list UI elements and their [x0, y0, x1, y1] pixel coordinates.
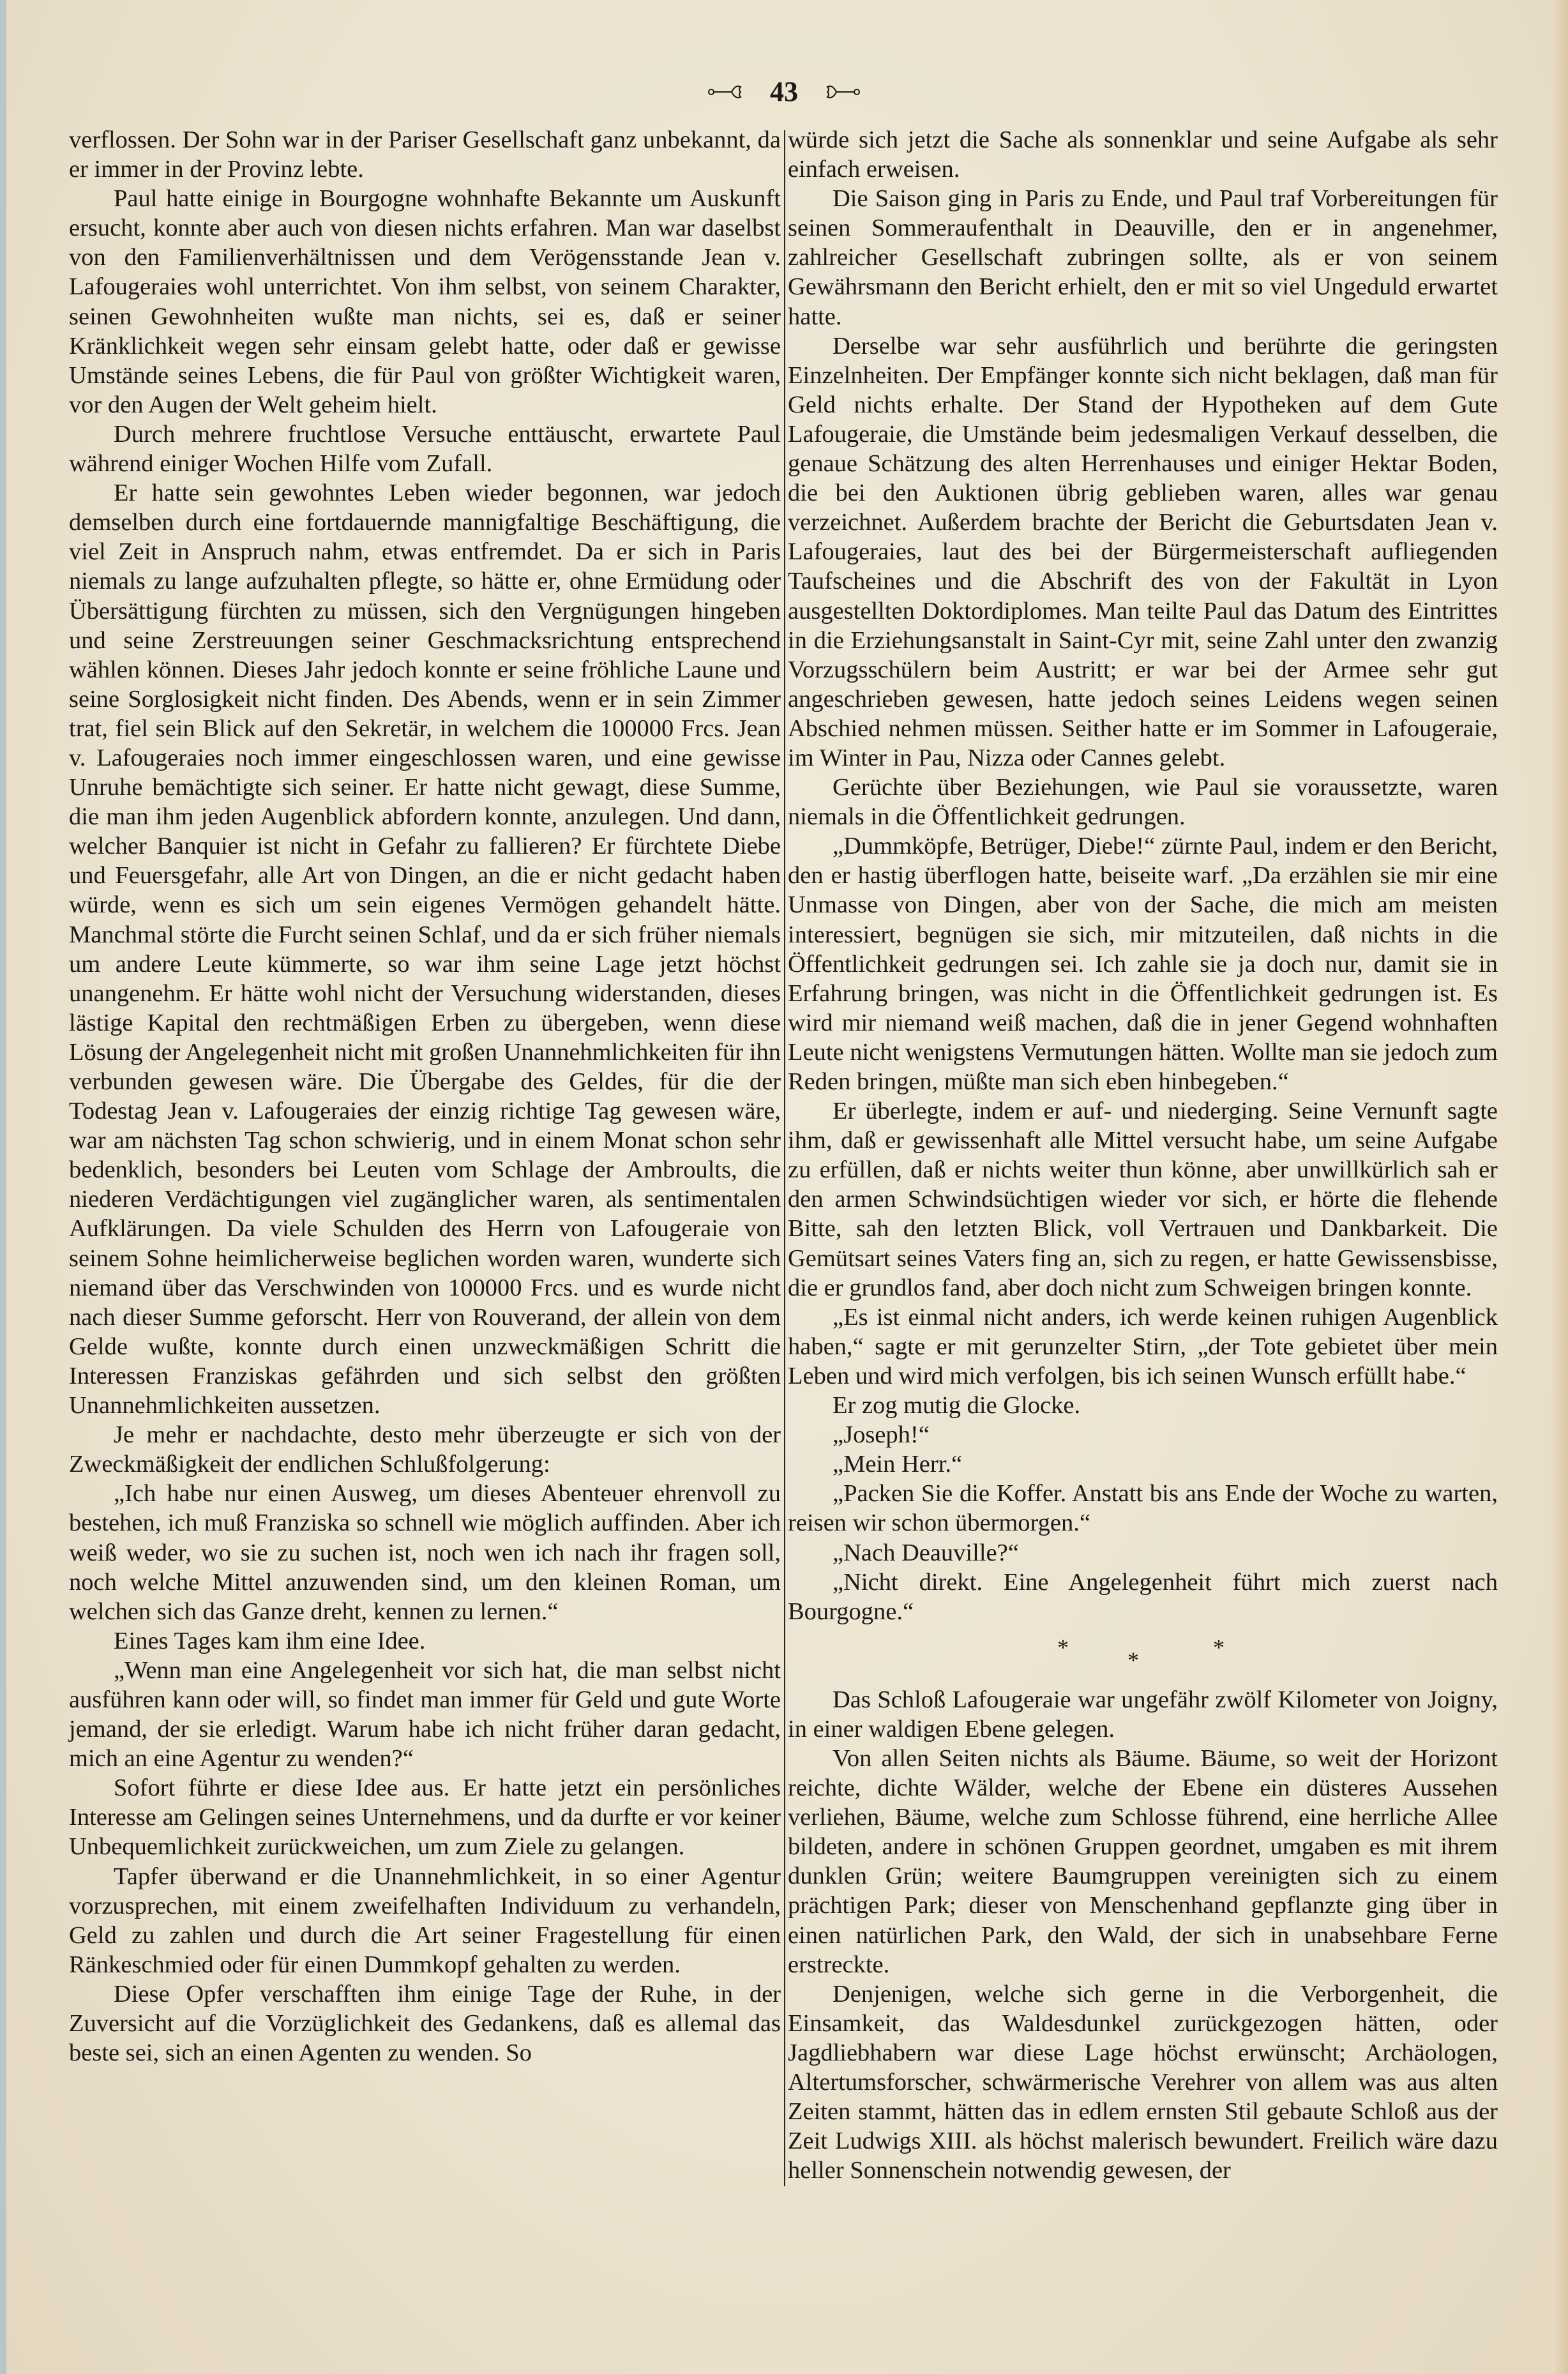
paragraph: Er zog mutig die Glocke.: [788, 1391, 1498, 1420]
column-divider: [784, 130, 785, 2186]
paragraph: Paul hatte einige in Bourgogne wohnhafte…: [69, 184, 781, 420]
page-scan: 43 verflossen. Der Sohn war in der Paris…: [0, 0, 1568, 2374]
page-edge-right: [1551, 0, 1568, 2374]
paragraph: Denjenigen, welche sich gerne in die Ver…: [788, 1979, 1498, 2186]
paragraph: Er hatte sein gewohntes Leben wieder beg…: [69, 478, 781, 1420]
paragraph: Das Schloß Lafougeraie war ungefähr zwöl…: [788, 1685, 1498, 1744]
paragraph: Von allen Seiten nichts als Bäume. Bäume…: [788, 1744, 1498, 1979]
asterisk-icon: *: [1127, 1645, 1139, 1675]
paragraph: „Mein Herr.“: [788, 1449, 1498, 1479]
paragraph: „Nicht direkt. Eine Angelegenheit führt …: [788, 1568, 1498, 1626]
ornament-left-icon: [707, 83, 746, 101]
asterisk-icon: *: [1057, 1633, 1069, 1662]
paragraph: „Joseph!“: [788, 1420, 1498, 1449]
section-break-asterisks: * * *: [788, 1626, 1498, 1685]
paragraph: „Es ist einmal nicht anders, ich werde k…: [788, 1303, 1498, 1391]
paragraph: Er überlegte, indem er auf- und niedergi…: [788, 1096, 1498, 1303]
paragraph: „Nach Deauville?“: [788, 1538, 1498, 1568]
page-edge-left: [0, 0, 6, 2374]
page-header: 43: [0, 75, 1568, 108]
right-column: würde sich jetzt die Sache als sonnenkla…: [788, 125, 1498, 2185]
paragraph: Eines Tages kam ihm eine Idee.: [69, 1626, 781, 1656]
asterisk-icon: *: [1213, 1633, 1225, 1662]
paragraph: verflossen. Der Sohn war in der Pariser …: [69, 125, 781, 184]
paragraph: Gerüchte über Beziehungen, wie Paul sie …: [788, 773, 1498, 831]
paragraph: Tapfer überwand er die Unannehmlichkeit,…: [69, 1862, 781, 1979]
paragraph: Die Saison ging in Paris zu Ende, und Pa…: [788, 184, 1498, 331]
paragraph: Sofort führte er diese Idee aus. Er hatt…: [69, 1773, 781, 1861]
paragraph: „Wenn man eine Angelegenheit vor sich ha…: [69, 1656, 781, 1773]
paragraph: „Dummköpfe, Betrüger, Diebe!“ zürnte Pau…: [788, 831, 1498, 1096]
paragraph: „Packen Sie die Koffer. Anstatt bis ans …: [788, 1479, 1498, 1538]
paragraph: Diese Opfer verschafften ihm einige Tage…: [69, 1979, 781, 2068]
paragraph: Je mehr er nachdachte, desto mehr überze…: [69, 1420, 781, 1479]
paragraph: Durch mehrere fruchtlose Versuche enttäu…: [69, 420, 781, 478]
paragraph: Derselbe war sehr ausführlich und berühr…: [788, 331, 1498, 773]
ornament-right-icon: [822, 83, 861, 101]
paragraph: würde sich jetzt die Sache als sonnenkla…: [788, 125, 1498, 184]
paragraph: „Ich habe nur einen Ausweg, um dieses Ab…: [69, 1479, 781, 1626]
left-column: verflossen. Der Sohn war in der Pariser …: [69, 125, 781, 2068]
page-number: 43: [770, 75, 798, 108]
